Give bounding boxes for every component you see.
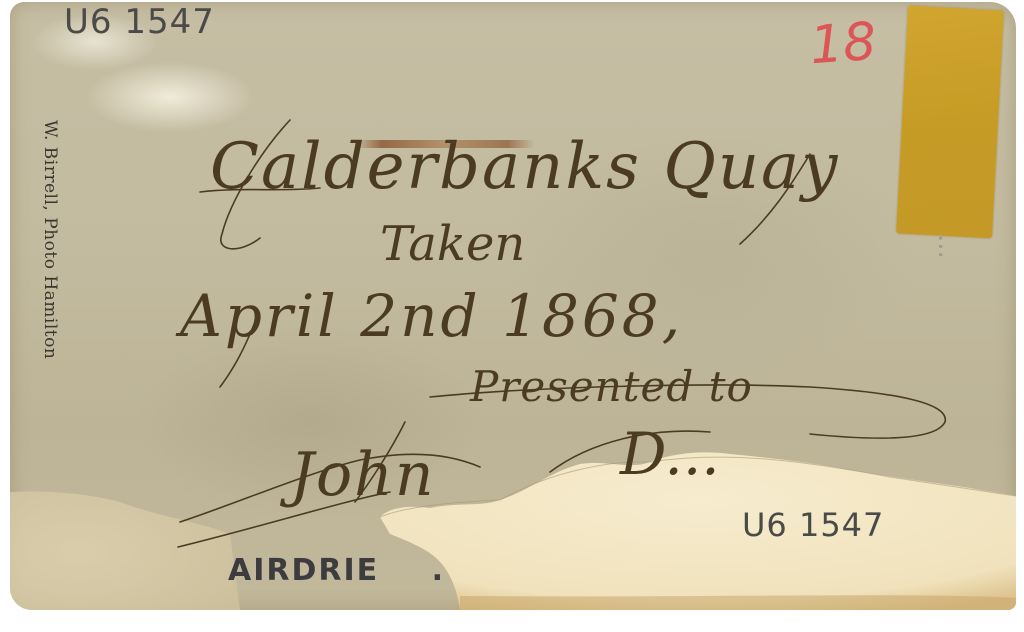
inscription-line-5-continuation: D... — [620, 420, 720, 488]
inscription-line-3: April 2nd 1868, — [180, 282, 683, 350]
catalog-number-bottom: U6 1547 — [742, 506, 884, 544]
inscription-line-2: Taken — [380, 216, 525, 272]
catalog-number-top: U6 1547 — [64, 2, 215, 42]
inscription-line-5: John — [290, 440, 435, 510]
inscription-line-1: Calderbanks Quay — [210, 130, 839, 204]
inscription-line-4: Presented to — [470, 362, 753, 411]
adhesive-tape — [896, 6, 1004, 239]
stamp-trailing: . — [432, 553, 445, 588]
stamp-text: AIRDRIE — [228, 553, 379, 588]
faint-pencil-marks: ... — [932, 234, 962, 259]
airdrie-stamp: AIRDRIE . — [228, 553, 445, 588]
photographer-imprint: W. Birrell, Photo Hamilton — [40, 120, 60, 359]
red-pencil-number: 18 — [808, 12, 878, 76]
